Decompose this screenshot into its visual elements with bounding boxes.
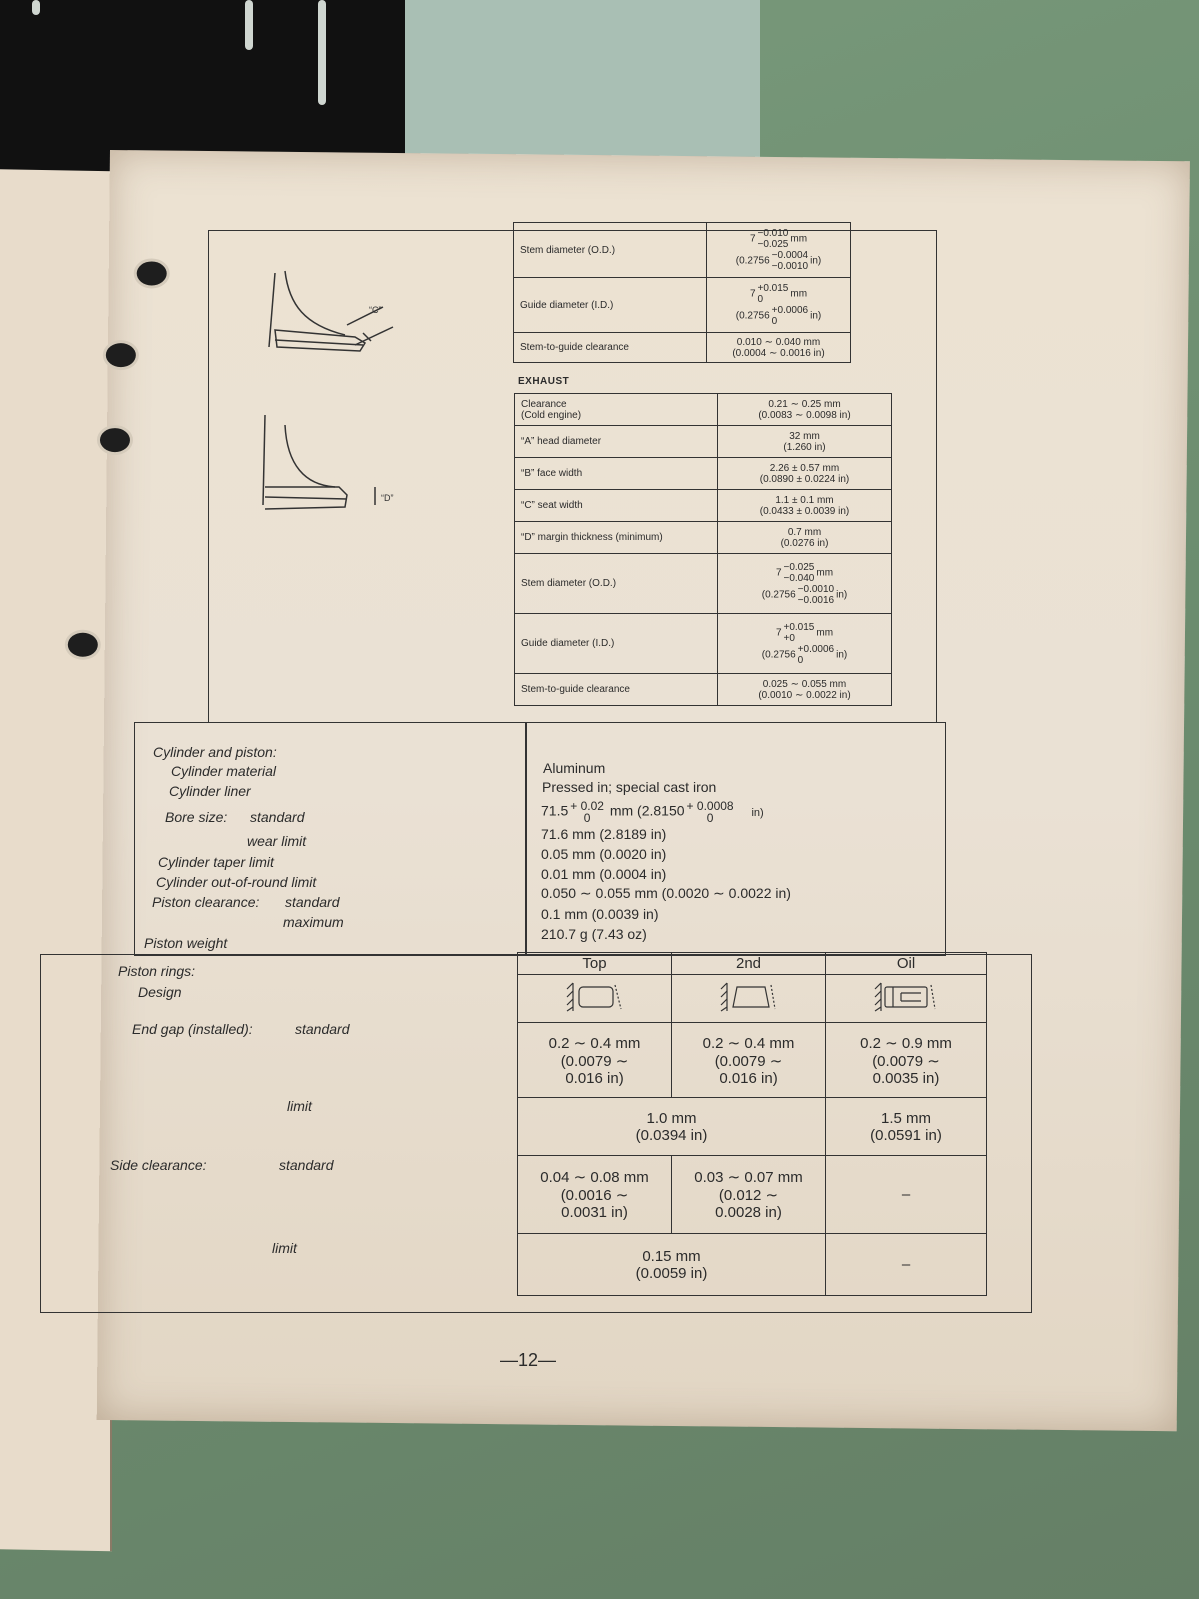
label-cylinder-liner: Cylinder liner [169, 783, 251, 799]
column-header-oil: Oil [826, 953, 987, 975]
svg-text:“C”: “C” [369, 305, 382, 315]
label-end-gap-limit: limit [287, 1098, 312, 1114]
label-cylinder-material: Cylinder material [171, 763, 276, 779]
table-row: 0.2 ∼ 0.4 mm(0.0079 ∼0.016 in) 0.2 ∼ 0.4… [518, 1023, 987, 1098]
exhaust-heading: EXHAUST [518, 376, 569, 387]
label-side-limit: limit [272, 1240, 297, 1256]
value-bore-wear: 71.6 mm (2.8189 in) [541, 826, 666, 842]
label-piston-clearance: Piston clearance: [152, 894, 259, 910]
value-bore-standard: 71.5+ 0.020 mm (2.8150+ 0.00080 in) [541, 800, 764, 824]
label-bore-wear: wear limit [247, 833, 306, 849]
label-end-gap-standard: standard [295, 1021, 349, 1037]
oil-ring-profile-icon [826, 975, 987, 1023]
label-side-standard: standard [279, 1157, 333, 1173]
label-end-gap: End gap (installed): [132, 1021, 253, 1037]
top-ring-profile-icon [518, 975, 672, 1023]
label-taper: Cylinder taper limit [158, 854, 274, 870]
value-piston-weight: 210.7 g (7.43 oz) [541, 926, 647, 942]
table-row: 0.15 mm(0.0059 in) – [518, 1234, 987, 1296]
cylinder-heading: Cylinder and piston: [153, 744, 277, 760]
table-row: “C” seat width 1.1 ± 0.1 mm(0.0433 ± 0.0… [515, 490, 892, 522]
intake-spec-table: Stem diameter (O.D.) 7−0.010−0.025mm (0.… [513, 222, 851, 363]
value-liner: Pressed in; special cast iron [542, 779, 716, 795]
label-pc-standard: standard [285, 894, 339, 910]
label-out-of-round: Cylinder out-of-round limit [156, 874, 316, 890]
value-pc-maximum: 0.1 mm (0.0039 in) [541, 906, 659, 922]
table-row: Stem diameter (O.D.) 7−0.025−0.040mm (0.… [515, 554, 892, 614]
label-side-clearance: Side clearance: [110, 1157, 207, 1173]
label-bore-standard: standard [250, 809, 304, 825]
label-pc-maximum: maximum [283, 914, 344, 930]
table-row [518, 975, 987, 1023]
piston-ring-table: Top 2nd Oil 0.2 ∼ 0.4 mm(0.0079 ∼0.016 i… [517, 952, 987, 1296]
label-bore-size: Bore size: [165, 809, 227, 825]
column-header-2nd: 2nd [672, 953, 826, 975]
table-row: Stem diameter (O.D.) 7−0.010−0.025mm (0.… [514, 223, 851, 278]
label-piston-weight: Piston weight [144, 935, 227, 951]
table-row: Clearance(Cold engine) 0.21 ∼ 0.25 mm(0.… [515, 394, 892, 426]
table-row: Top 2nd Oil [518, 953, 987, 975]
value-out-of-round: 0.01 mm (0.0004 in) [541, 866, 666, 882]
page-number: —12— [500, 1350, 556, 1371]
rings-heading: Piston rings: [118, 963, 195, 979]
exhaust-spec-table: Clearance(Cold engine) 0.21 ∼ 0.25 mm(0.… [514, 393, 892, 706]
label-design: Design [138, 984, 182, 1000]
table-row: Guide diameter (I.D.) 7+0.0150mm (0.2756… [514, 278, 851, 333]
table-row: “B” face width 2.26 ± 0.57 mm(0.0890 ± 0… [515, 458, 892, 490]
table-row: 0.04 ∼ 0.08 mm(0.0016 ∼0.0031 in) 0.03 ∼… [518, 1156, 987, 1234]
table-row: “A” head diameter 32 mm(1.260 in) [515, 426, 892, 458]
second-ring-profile-icon [672, 975, 826, 1023]
svg-text:“D”: “D” [381, 493, 394, 503]
table-row: 1.0 mm(0.0394 in) 1.5 mm(0.0591 in) [518, 1098, 987, 1156]
table-row: Stem-to-guide clearance 0.010 ∼ 0.040 mm… [514, 333, 851, 363]
value-pc-standard: 0.050 ∼ 0.055 mm (0.0020 ∼ 0.0022 in) [541, 885, 791, 902]
value-material: Aluminum [543, 760, 605, 776]
table-row: Guide diameter (I.D.) 7+0.015+0mm (0.275… [515, 614, 892, 674]
column-header-top: Top [518, 953, 672, 975]
value-taper: 0.05 mm (0.0020 in) [541, 846, 666, 862]
table-row: “D” margin thickness (minimum) 0.7 mm(0.… [515, 522, 892, 554]
valve-diagram: “C” “D” [255, 265, 415, 525]
table-row: Stem-to-guide clearance 0.025 ∼ 0.055 mm… [515, 674, 892, 706]
